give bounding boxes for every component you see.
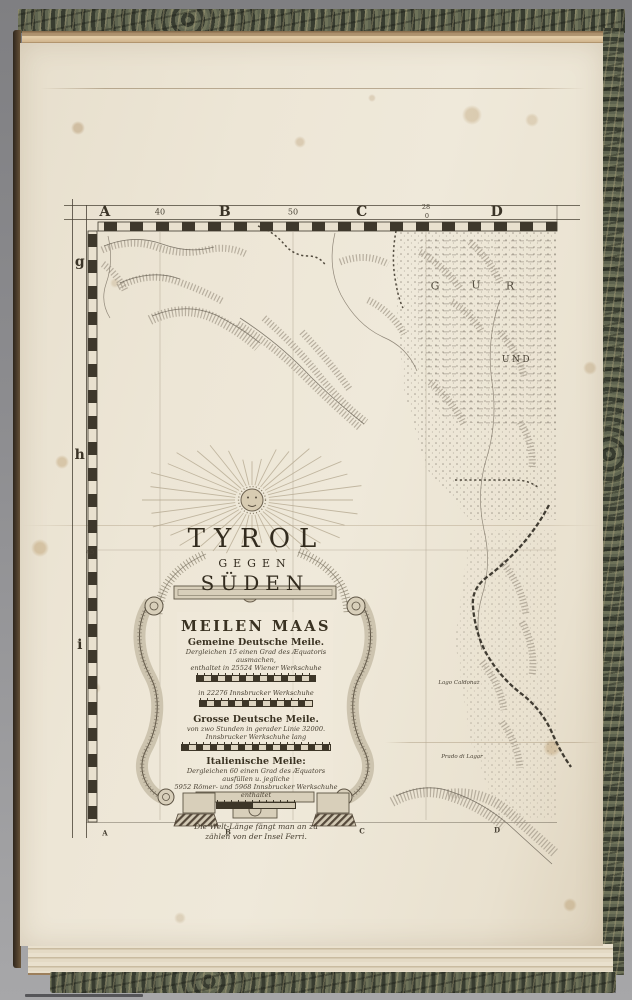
terrain-northwest [102, 226, 404, 347]
title-line-3: SÜDEN [162, 571, 342, 595]
scale-sec1-line1: Dergleichen 15 einen Grad des Æquatoris … [173, 648, 339, 664]
longitude-note-line2: zählen von der Insel Ferri. [173, 832, 339, 842]
scale-cartouche: MEILEN MAAS Gemeine Deutsche Meile. Derg… [173, 618, 339, 841]
title-line-2: GEGEN [162, 557, 342, 570]
scale-bar-3 [181, 744, 331, 751]
scale-sec1-title: Gemeine Deutsche Meile. [173, 637, 339, 648]
scale-sec4-line2: 5952 Römer- und 5968 Innsbrucker Werksch… [173, 783, 339, 799]
scale-bar-2 [199, 700, 313, 707]
scale-bar-1 [196, 675, 316, 682]
terrain-east-settlements [396, 232, 556, 520]
scale-heading: MEILEN MAAS [173, 618, 339, 635]
atlas-scan-stage: ABCD4050280ABCDghi45GURUNDLago CaldonazP… [0, 0, 632, 1000]
scale-sec3-title: Grosse Deutsche Meile. [173, 714, 339, 725]
scale-sec4-title: Italienische Meile: [173, 756, 339, 767]
terrain-southeast [392, 505, 571, 864]
scale-sec1-line2: enthaltet in 25524 Wiener Werkschuhe [173, 664, 339, 672]
scale-bar-4 [216, 802, 296, 809]
scale-sec2-line1: in 22276 Innsbrucker Werkschuhe [173, 689, 339, 697]
scale-sec4-line1: Dergleichen 60 einen Grad des Æquators a… [173, 767, 339, 783]
title-line-1: TYROL [162, 524, 342, 554]
map-title: TYROL GEGEN SÜDEN [162, 524, 342, 595]
scale-sec3-line2: Innsbrucker Werkschuhe lang [173, 733, 339, 741]
map-engraving [0, 0, 632, 1000]
longitude-note-line1: Die Welt-Länge fängt man an zu [173, 822, 339, 832]
scale-sec3-line1: von zwo Stunden in gerader Linie 32000. [173, 725, 339, 733]
